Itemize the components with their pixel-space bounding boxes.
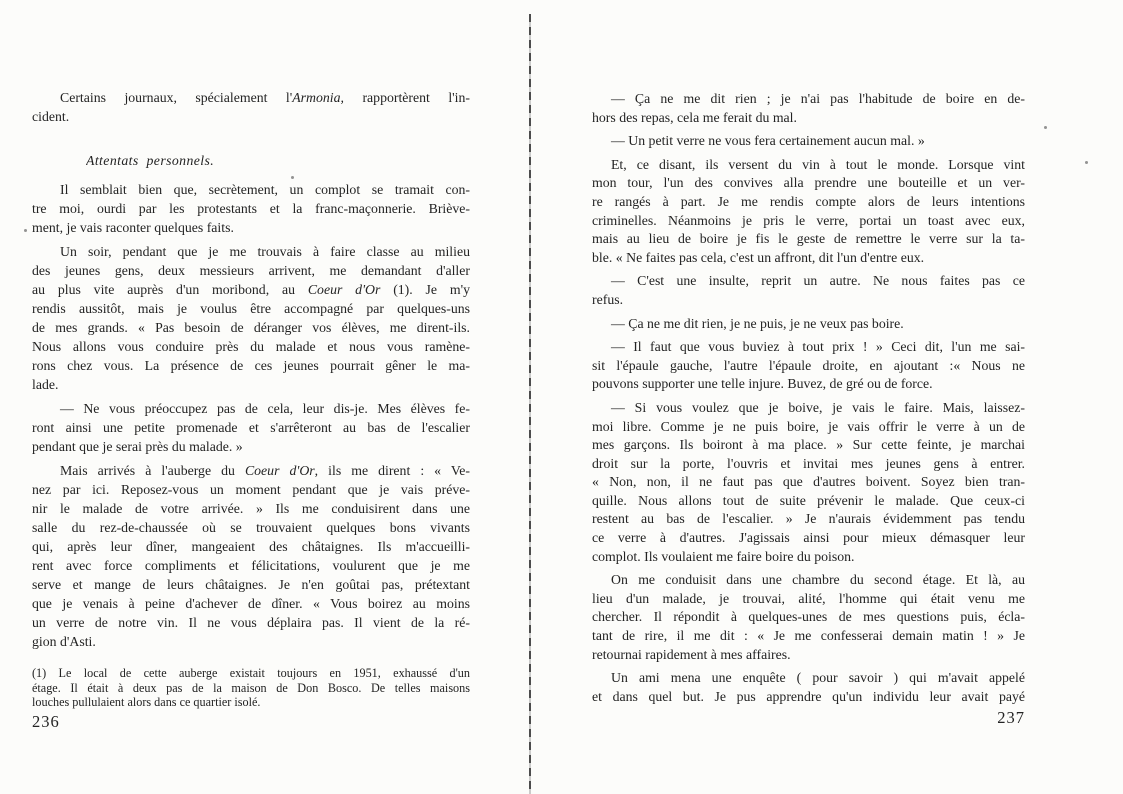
paragraph: Un soir, pendant que je me trouvais à fa…	[32, 242, 470, 394]
right-page: — Ça ne me dit rien ; je n'ai pas l'habi…	[592, 90, 1025, 706]
scan-speck	[1085, 161, 1088, 164]
page-number-left: 236	[32, 712, 60, 732]
text-line: nir le malade de votre arrivée. » Ils me…	[32, 499, 470, 518]
paragraph: On me conduisit dans une chambre du seco…	[592, 571, 1025, 664]
text-line: pouvons supporter une telle injure. Buve…	[592, 375, 1025, 394]
text-line: (1) Le local de cette auberge existait t…	[32, 666, 470, 681]
text-line: refus.	[592, 291, 1025, 310]
text-line: retournai rapidement à mes affaires.	[592, 646, 1025, 665]
text-line: salle du rez-de-chaussée où se trouvaien…	[32, 518, 470, 537]
text-line: hors des repas, cela me ferait du mal.	[592, 109, 1025, 128]
text-line: lade.	[32, 375, 470, 394]
text-line: moi libre. Comme je ne puis boire, je va…	[592, 418, 1025, 437]
scan-speck	[1044, 126, 1047, 129]
text-line: ront ainsi une petite promenade et s'arr…	[32, 418, 470, 437]
text-line: mais au lieu de boire je fis le geste de…	[592, 230, 1025, 249]
text-line: que je venais à peine d'achever de dîner…	[32, 594, 470, 613]
text-line: tant de rire, il me dit : « Je me confes…	[592, 627, 1025, 646]
text-line: louches pullulaient alors dans ce quarti…	[32, 695, 470, 710]
text-line: gion d'Asti.	[32, 632, 470, 651]
text-line: Attentats personnels.	[86, 151, 470, 170]
paragraph: Certains journaux, spécialement l'Armoni…	[32, 88, 470, 126]
text-line: nez par ici. Reposez-vous un moment pend…	[32, 480, 470, 499]
text-line: chercher. Il répondit à quelques-unes de…	[592, 608, 1025, 627]
text-line: étage. Il était à deux pas de la maison …	[32, 681, 470, 696]
text-line: — Ça ne me dit rien ; je n'ai pas l'habi…	[592, 90, 1025, 109]
paragraph: — Un petit verre ne vous fera certaineme…	[592, 132, 1025, 151]
text-line: Un soir, pendant que je me trouvais à fa…	[32, 242, 470, 261]
paragraph: Un ami mena une enquête ( pour savoir ) …	[592, 669, 1025, 706]
section-heading: Attentats personnels.	[86, 151, 470, 170]
paragraph: Il semblait bien que, secrètement, un co…	[32, 180, 470, 237]
text-line: tre moi, ourdi par les protestants et la…	[32, 199, 470, 218]
text-line: On me conduisit dans une chambre du seco…	[592, 571, 1025, 590]
text-line: rons chez vous. La présence de ces jeune…	[32, 356, 470, 375]
text-line: — Il faut que vous buviez à tout prix ! …	[592, 338, 1025, 357]
text-line: serve et mange de leurs châtaignes. Je n…	[32, 575, 470, 594]
footnote: (1) Le local de cette auberge existait t…	[32, 666, 470, 710]
text-line: Certains journaux, spécialement l'Armoni…	[32, 88, 470, 107]
text-line: pendant que je serai près du malade. »	[32, 437, 470, 456]
text-line: Un ami mena une enquête ( pour savoir ) …	[592, 669, 1025, 688]
text-line: rent avec force compliments et félicitat…	[32, 556, 470, 575]
text-line: de mes grands. « Pas besoin de déranger …	[32, 318, 470, 337]
text-line: mon tour, l'un des convives alla prendre…	[592, 174, 1025, 193]
text-line: — Ne vous préoccupez pas de cela, leur d…	[32, 399, 470, 418]
text-line: criminelles. Néanmoins je pris le verre,…	[592, 212, 1025, 231]
page-gutter-divider	[529, 14, 531, 794]
text-line: complot. Ils voulaient me faire boire du…	[592, 548, 1025, 567]
paragraph: — Si vous voulez que je boive, je vais l…	[592, 399, 1025, 566]
paragraph: — C'est une insulte, reprit un autre. Ne…	[592, 272, 1025, 309]
text-line: lieu d'un malade, je trouvai, alité, l'h…	[592, 590, 1025, 609]
text-line: mes garçons. Ils boiront à ma place. » S…	[592, 436, 1025, 455]
text-line: sit l'épaule gauche, l'autre l'épaule dr…	[592, 357, 1025, 376]
paragraph: Mais arrivés à l'auberge du Coeur d'Or, …	[32, 461, 470, 651]
text-line: « Non, non, il ne faut pas que d'autres …	[592, 473, 1025, 492]
page-number-right: 237	[592, 708, 1025, 728]
text-line: ce verre à d'autres. J'agissais ainsi po…	[592, 529, 1025, 548]
text-line: restent au bas de l'escalier. » Je n'aur…	[592, 510, 1025, 529]
text-line: Il semblait bien que, secrètement, un co…	[32, 180, 470, 199]
text-line: ble. « Ne faites pas cela, c'est un affr…	[592, 249, 1025, 268]
text-line: rendis aussitôt, mais je voulus être acc…	[32, 299, 470, 318]
text-line: Nous allons vous conduire près du malade…	[32, 337, 470, 356]
paragraph: — Ne vous préoccupez pas de cela, leur d…	[32, 399, 470, 456]
paragraph: Et, ce disant, ils versent du vin à tout…	[592, 156, 1025, 268]
text-line: Mais arrivés à l'auberge du Coeur d'Or, …	[32, 461, 470, 480]
text-line: des jeunes gens, deux messieurs arrivent…	[32, 261, 470, 280]
text-line: cident.	[32, 107, 470, 126]
text-line: droit sur la porte, l'ouvris et invitai …	[592, 455, 1025, 474]
text-line: — Un petit verre ne vous fera certaineme…	[592, 132, 1025, 151]
text-line: ment, je vais raconter quelques faits.	[32, 218, 470, 237]
text-line: — C'est une insulte, reprit un autre. Ne…	[592, 272, 1025, 291]
paragraph: — Il faut que vous buviez à tout prix ! …	[592, 338, 1025, 394]
text-line: et dans quel but. Je pus apprendre qu'un…	[592, 688, 1025, 707]
text-line: qui, après leur dîner, mangeaient des ch…	[32, 537, 470, 556]
text-line: un verre de notre vin. Il ne vous déplai…	[32, 613, 470, 632]
text-line: Et, ce disant, ils versent du vin à tout…	[592, 156, 1025, 175]
paragraph: — Ça ne me dit rien, je ne puis, je ne v…	[592, 315, 1025, 334]
text-line: quille. Nous allons tout de suite préven…	[592, 492, 1025, 511]
left-page: Certains journaux, spécialement l'Armoni…	[32, 88, 470, 710]
text-line: — Ça ne me dit rien, je ne puis, je ne v…	[592, 315, 1025, 334]
text-line: — Si vous voulez que je boive, je vais l…	[592, 399, 1025, 418]
text-line: au plus vite auprès d'un moribond, au Co…	[32, 280, 470, 299]
scan-speck	[24, 229, 27, 232]
paragraph: — Ça ne me dit rien ; je n'ai pas l'habi…	[592, 90, 1025, 127]
text-line: re rangés à part. Je me rendis compte al…	[592, 193, 1025, 212]
